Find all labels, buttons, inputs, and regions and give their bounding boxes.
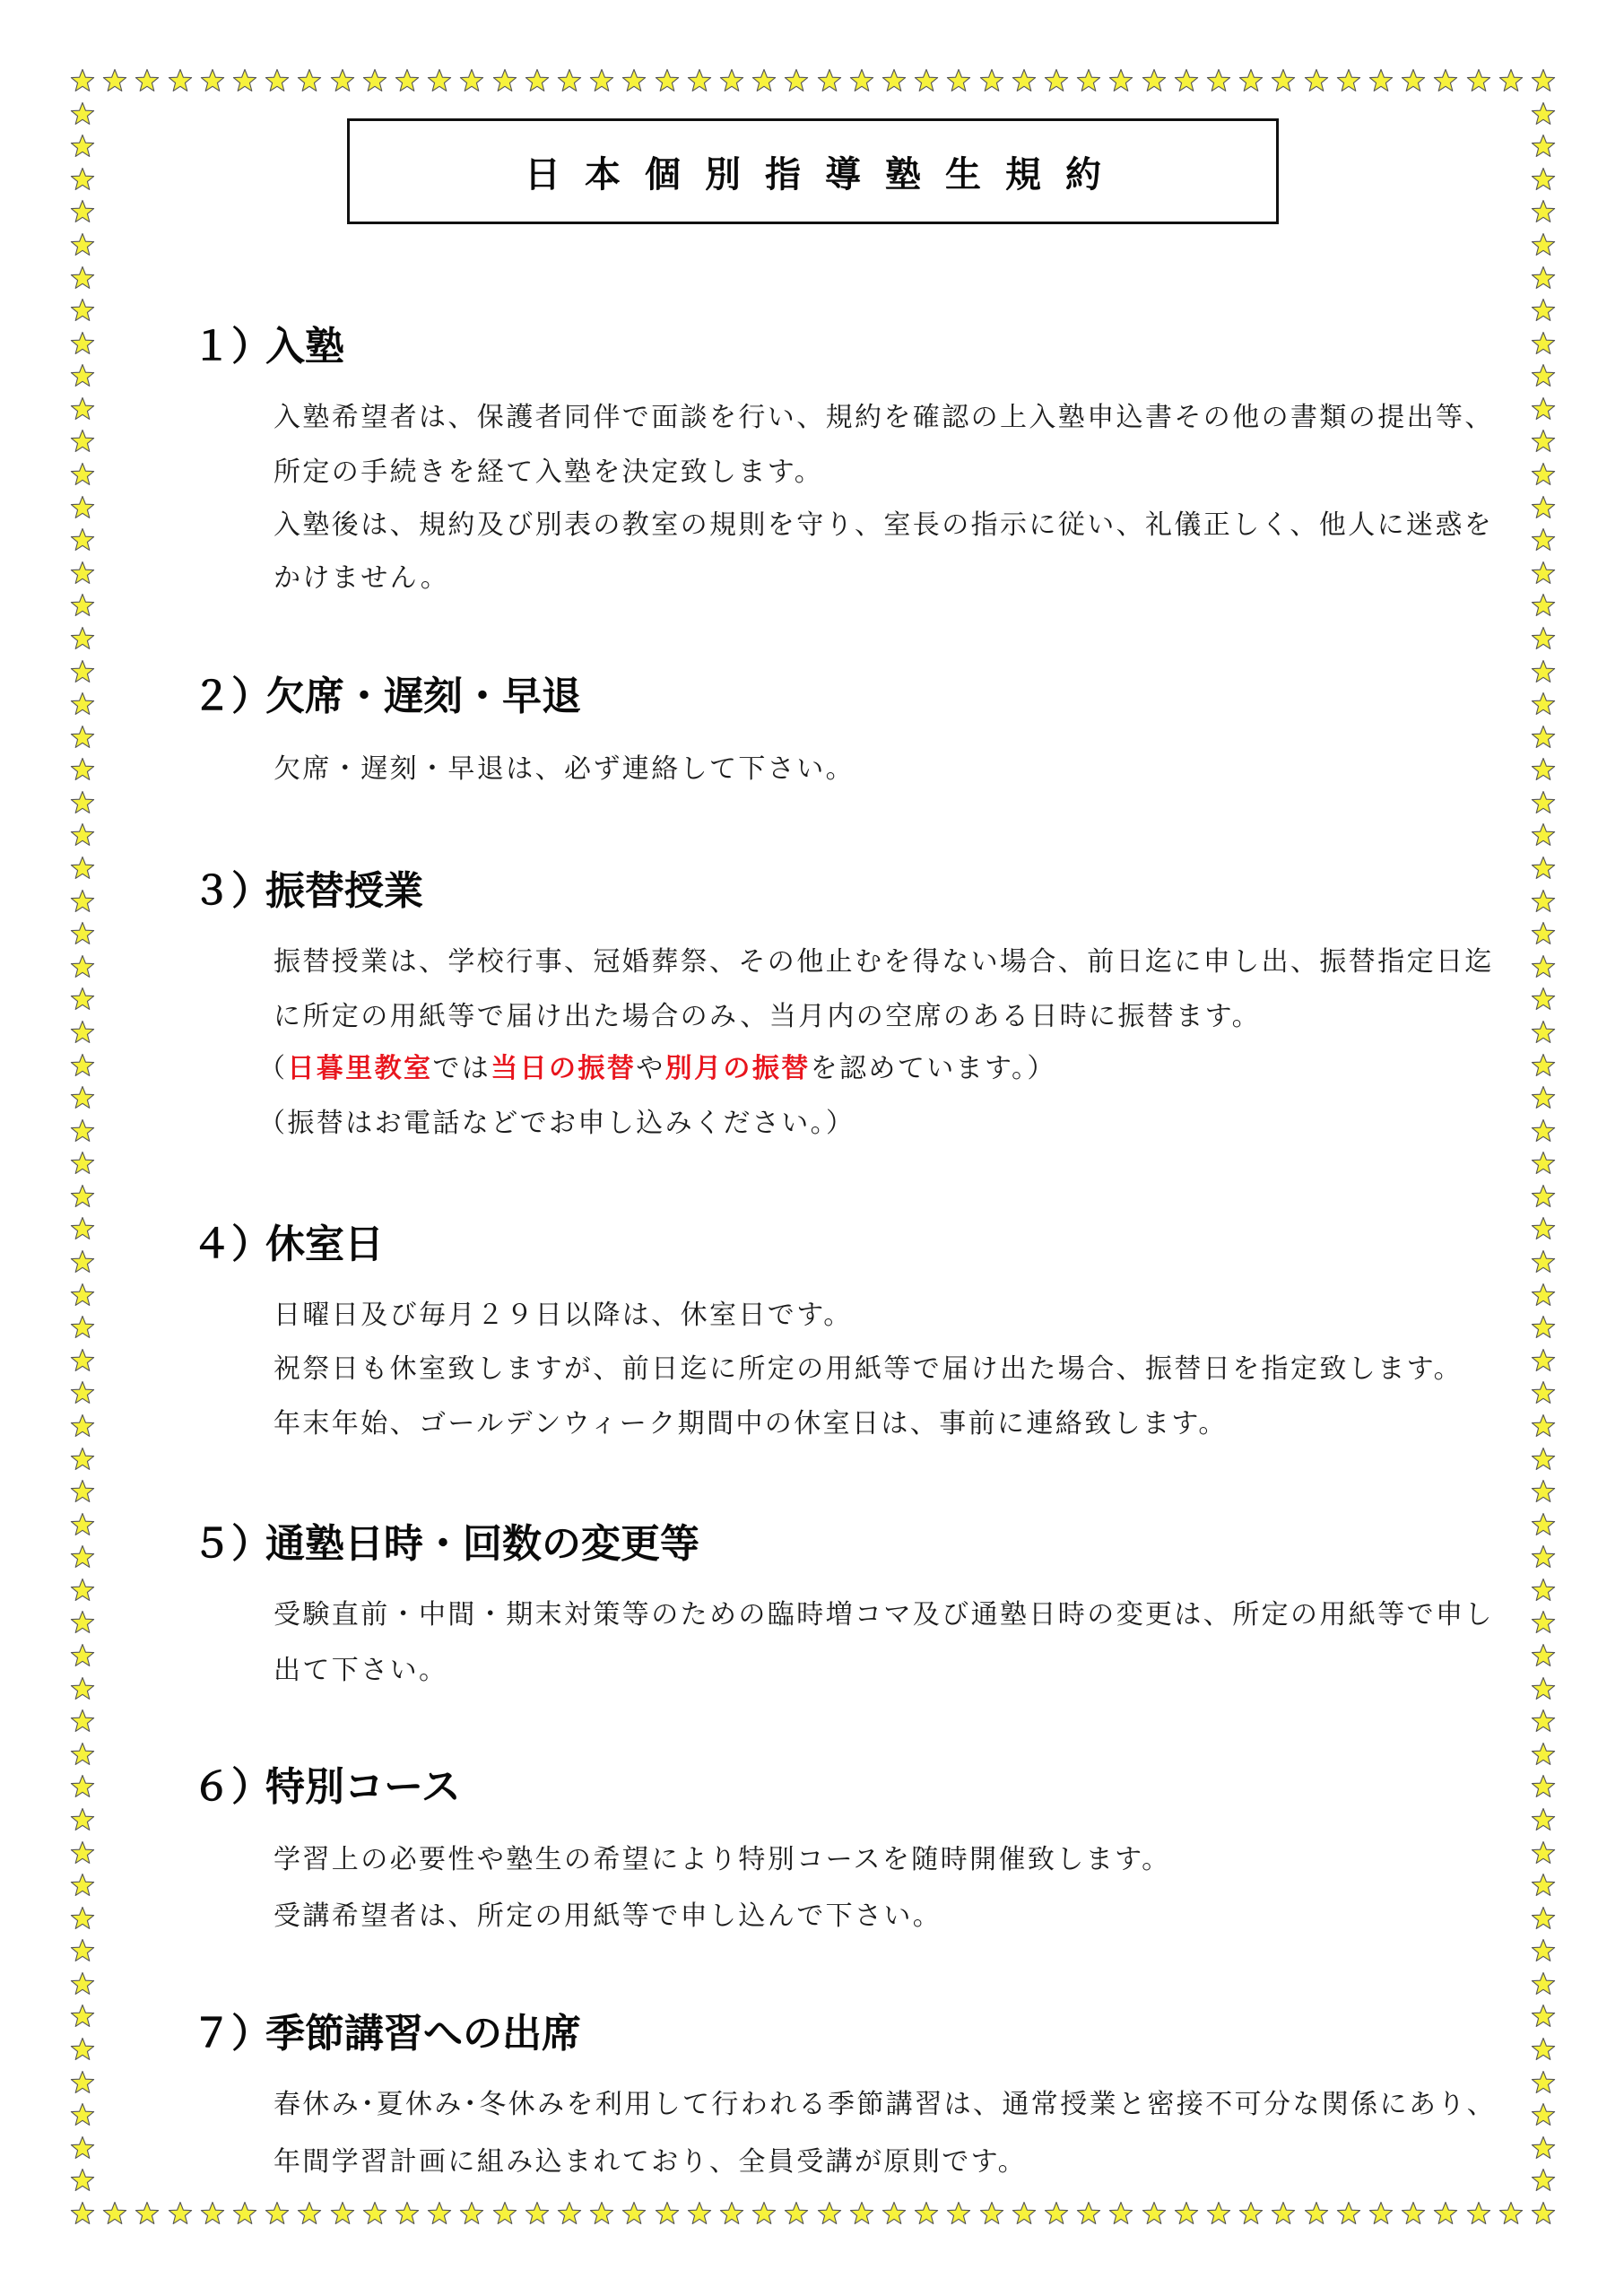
highlight-same-day-makeup: 当日の振替 bbox=[491, 1053, 636, 1084]
star-icon bbox=[70, 1807, 95, 1832]
star-icon bbox=[70, 2168, 95, 2193]
star-icon bbox=[914, 68, 939, 93]
star-icon bbox=[492, 2201, 517, 2226]
star-icon bbox=[946, 68, 971, 93]
star-icon bbox=[1531, 691, 1556, 717]
star-icon bbox=[1531, 889, 1556, 914]
star-icon bbox=[1531, 1151, 1556, 1176]
star-icon bbox=[525, 2201, 550, 2226]
star-icon bbox=[70, 1447, 95, 1472]
star-icon bbox=[1531, 1479, 1556, 1504]
star-icon bbox=[1531, 1906, 1556, 1931]
star-icon bbox=[232, 68, 257, 93]
star-icon bbox=[1174, 2201, 1199, 2226]
star-icon bbox=[1206, 68, 1231, 93]
star-icon bbox=[1531, 1020, 1556, 1045]
star-icon bbox=[70, 790, 95, 815]
star-icon bbox=[70, 757, 95, 782]
star-icon bbox=[979, 2201, 1004, 2226]
star-icon bbox=[70, 134, 95, 159]
star-icon bbox=[70, 1709, 95, 1734]
highlight-note-line: （日暮里教室では当日の振替や別月の振替を認めています。） bbox=[258, 1051, 1056, 1087]
star-icon bbox=[1531, 1676, 1556, 1701]
star-icon bbox=[70, 1742, 95, 1767]
star-icon bbox=[1466, 68, 1491, 93]
star-icon bbox=[330, 68, 355, 93]
star-icon bbox=[881, 2201, 907, 2226]
section-title: 季節講習への出席 bbox=[265, 2011, 581, 2057]
star-icon bbox=[1531, 462, 1556, 487]
highlight-nippori-classroom: 日暮里教室 bbox=[287, 1053, 432, 1084]
star-icon bbox=[1531, 1184, 1556, 1209]
star-icon bbox=[135, 2201, 160, 2226]
star-icon bbox=[70, 1906, 95, 1931]
star-icon bbox=[1498, 68, 1524, 93]
star-icon bbox=[1206, 2201, 1231, 2226]
star-icon bbox=[1531, 1774, 1556, 1799]
star-icon bbox=[1271, 2201, 1296, 2226]
star-icon bbox=[849, 68, 874, 93]
star-icon bbox=[70, 987, 95, 1012]
star-icon bbox=[979, 68, 1004, 93]
star-icon bbox=[1304, 68, 1329, 93]
star-icon bbox=[1044, 2201, 1069, 2226]
star-icon bbox=[427, 2201, 452, 2226]
star-icon bbox=[395, 2201, 420, 2226]
body-line: 受講希望者は、所定の用紙等で申し込んで下さい。 bbox=[274, 1899, 942, 1935]
star-icon bbox=[1271, 68, 1296, 93]
star-icon bbox=[70, 856, 95, 881]
star-icon bbox=[70, 68, 95, 93]
star-icon bbox=[70, 954, 95, 979]
star-icon bbox=[621, 68, 647, 93]
star-icon bbox=[1531, 2168, 1556, 2193]
star-icon bbox=[70, 2037, 95, 2062]
star-icon bbox=[70, 1643, 95, 1668]
section-title: 休室日 bbox=[265, 1222, 384, 1268]
star-icon bbox=[70, 1380, 95, 1405]
star-icon bbox=[70, 363, 95, 388]
note-text: （ bbox=[258, 1053, 287, 1084]
star-icon bbox=[135, 68, 160, 93]
star-icon bbox=[70, 396, 95, 422]
star-icon bbox=[1531, 1216, 1556, 1241]
star-icon bbox=[70, 1544, 95, 1570]
star-icon bbox=[265, 68, 290, 93]
star-icon bbox=[1531, 2102, 1556, 2127]
star-icon bbox=[1531, 593, 1556, 618]
star-icon bbox=[914, 2201, 939, 2226]
star-icon bbox=[589, 68, 614, 93]
body-line: 年末年始、ゴールデンウィーク期間中の休室日は、事前に連絡致します。 bbox=[274, 1406, 1228, 1442]
star-icon bbox=[525, 68, 550, 93]
star-icon bbox=[1531, 1610, 1556, 1635]
star-icon bbox=[1531, 1873, 1556, 1898]
star-icon bbox=[1531, 495, 1556, 520]
star-icon bbox=[200, 2201, 225, 2226]
star-icon bbox=[1531, 396, 1556, 422]
star-icon bbox=[1531, 331, 1556, 356]
section-heading-seasonal-courses: ７） 季節講習への出席 bbox=[192, 2011, 581, 2057]
star-icon bbox=[1531, 232, 1556, 257]
star-icon bbox=[70, 691, 95, 717]
star-icon bbox=[70, 1938, 95, 1963]
star-icon bbox=[1531, 626, 1556, 651]
star-icon bbox=[1142, 68, 1167, 93]
star-icon bbox=[1531, 167, 1556, 192]
star-icon bbox=[70, 921, 95, 946]
star-icon bbox=[1531, 1578, 1556, 1603]
star-icon bbox=[1531, 822, 1556, 848]
star-icon bbox=[1174, 68, 1199, 93]
star-icon bbox=[1238, 68, 1264, 93]
star-icon bbox=[1531, 790, 1556, 815]
star-icon bbox=[459, 68, 484, 93]
star-icon bbox=[1012, 2201, 1037, 2226]
body-line: かけません。 bbox=[274, 561, 449, 596]
document-title: 日本個別指導塾生規約 bbox=[525, 146, 1125, 197]
star-icon bbox=[70, 1610, 95, 1635]
star-icon bbox=[719, 2201, 744, 2226]
star-icon bbox=[1531, 298, 1556, 323]
star-icon bbox=[1238, 2201, 1264, 2226]
section-title: 振替授業 bbox=[265, 868, 423, 915]
star-icon bbox=[719, 68, 744, 93]
star-icon bbox=[784, 68, 809, 93]
star-icon bbox=[1531, 2070, 1556, 2095]
star-icon bbox=[557, 2201, 582, 2226]
star-icon bbox=[395, 68, 420, 93]
body-line: 学習上の必要性や塾生の希望により特別コースを随時開催致します。 bbox=[274, 1842, 1171, 1878]
star-icon bbox=[849, 2201, 874, 2226]
star-icon bbox=[1531, 1348, 1556, 1373]
star-icon bbox=[1433, 68, 1458, 93]
body-line: 受験直前・中間・期末対策等のための臨時増コマ及び通塾日時の変更は、所定の用紙等で… bbox=[274, 1597, 1494, 1633]
star-icon bbox=[1531, 1053, 1556, 1078]
star-icon bbox=[70, 1578, 95, 1603]
star-icon bbox=[70, 1873, 95, 1898]
star-icon bbox=[362, 2201, 387, 2226]
star-icon bbox=[427, 68, 452, 93]
star-icon bbox=[200, 68, 225, 93]
star-icon bbox=[70, 2004, 95, 2029]
star-icon bbox=[70, 199, 95, 224]
star-icon bbox=[70, 1118, 95, 1144]
star-icon bbox=[621, 2201, 647, 2226]
star-icon bbox=[1531, 1315, 1556, 1340]
section-number: ３） bbox=[192, 868, 265, 915]
star-icon bbox=[70, 1249, 95, 1274]
star-icon bbox=[70, 1151, 95, 1176]
star-icon bbox=[1531, 856, 1556, 881]
star-icon bbox=[70, 298, 95, 323]
note-text: では bbox=[432, 1053, 491, 1084]
star-icon bbox=[70, 1676, 95, 1701]
star-icon bbox=[70, 232, 95, 257]
star-icon bbox=[265, 2201, 290, 2226]
star-icon bbox=[70, 626, 95, 651]
star-icon bbox=[70, 1840, 95, 1865]
star-icon bbox=[1336, 2201, 1361, 2226]
star-icon bbox=[1531, 2037, 1556, 2062]
star-icon bbox=[1076, 68, 1101, 93]
body-line: 入塾後は、規約及び別表の教室の規則を守り、室長の指示に従い、礼儀正しく、他人に迷… bbox=[274, 508, 1493, 544]
section-title: 欠席・遅刻・早退 bbox=[265, 674, 581, 720]
section-number: ４） bbox=[192, 1222, 265, 1268]
body-line: 祝祭日も休室致しますが、前日迄に所定の用紙等で届け出た場合、振替日を指定致します… bbox=[274, 1352, 1463, 1387]
highlight-other-month-makeup: 別月の振替 bbox=[665, 1053, 811, 1084]
star-icon bbox=[1076, 2201, 1101, 2226]
star-icon bbox=[70, 1216, 95, 1241]
star-icon bbox=[751, 68, 777, 93]
star-icon bbox=[70, 1413, 95, 1439]
star-icon bbox=[70, 725, 95, 750]
star-icon bbox=[1531, 1742, 1556, 1767]
star-icon bbox=[1531, 1938, 1556, 1963]
star-icon bbox=[817, 68, 842, 93]
star-icon bbox=[1531, 659, 1556, 684]
star-icon bbox=[1368, 68, 1394, 93]
star-icon bbox=[1336, 68, 1361, 93]
star-icon bbox=[70, 331, 95, 356]
star-icon bbox=[297, 68, 322, 93]
star-icon bbox=[297, 2201, 322, 2226]
section-number: ５） bbox=[192, 1521, 265, 1568]
star-icon bbox=[1531, 199, 1556, 224]
star-icon bbox=[70, 429, 95, 454]
section-heading-makeup-lessons: ３） 振替授業 bbox=[192, 868, 423, 915]
star-icon bbox=[1531, 1118, 1556, 1144]
star-icon bbox=[1531, 1380, 1556, 1405]
star-icon bbox=[557, 68, 582, 93]
star-icon bbox=[70, 2201, 95, 2226]
star-icon bbox=[70, 561, 95, 586]
star-icon bbox=[655, 2201, 680, 2226]
star-icon bbox=[1531, 1709, 1556, 1734]
note-text: を認めています。） bbox=[811, 1053, 1056, 1084]
star-icon bbox=[1531, 954, 1556, 979]
star-icon bbox=[1368, 2201, 1394, 2226]
star-icon bbox=[1531, 363, 1556, 388]
star-icon bbox=[1401, 2201, 1426, 2226]
star-icon bbox=[1433, 2201, 1458, 2226]
note-text: や bbox=[636, 1053, 664, 1084]
section-number: ７） bbox=[192, 2011, 265, 2057]
star-icon bbox=[817, 2201, 842, 2226]
body-line: 振替授業は、学校行事、冠婚葬祭、その他止むを得ない場合、前日迄に申し出、振替指定… bbox=[274, 944, 1494, 980]
body-line: 出て下さい。 bbox=[274, 1653, 447, 1689]
star-icon bbox=[70, 2135, 95, 2161]
star-icon bbox=[1531, 921, 1556, 946]
star-icon bbox=[1044, 68, 1069, 93]
star-icon bbox=[70, 1184, 95, 1209]
star-icon bbox=[1531, 561, 1556, 586]
section-heading-special-courses: ６） 特別コース bbox=[192, 1764, 461, 1811]
star-icon bbox=[687, 68, 712, 93]
star-icon bbox=[1401, 68, 1426, 93]
star-icon bbox=[70, 265, 95, 291]
star-icon bbox=[1531, 1840, 1556, 1865]
section-heading-enrollment: １） 入塾 bbox=[192, 324, 344, 370]
star-icon bbox=[70, 1348, 95, 1373]
body-line: 春休み･夏休み･冬休みを利用して行われる季節講習は、通常授業と密接不可分な関係に… bbox=[274, 2087, 1496, 2123]
star-icon bbox=[1304, 2201, 1329, 2226]
star-icon bbox=[1531, 1283, 1556, 1308]
star-icon bbox=[1531, 2135, 1556, 2161]
star-icon bbox=[1531, 1807, 1556, 1832]
star-icon bbox=[70, 1971, 95, 1996]
star-icon bbox=[70, 1283, 95, 1308]
star-icon bbox=[1531, 1544, 1556, 1570]
star-icon bbox=[70, 1053, 95, 1078]
star-icon bbox=[1531, 1085, 1556, 1110]
document-page: 日本個別指導塾生規約 １） 入塾 入塾希望者は、保護者同伴で面談を行い、規約を確… bbox=[0, 0, 1624, 2296]
star-icon bbox=[232, 2201, 257, 2226]
star-icon bbox=[70, 1020, 95, 1045]
star-icon bbox=[1531, 987, 1556, 1012]
star-icon bbox=[330, 2201, 355, 2226]
star-icon bbox=[102, 68, 127, 93]
star-icon bbox=[70, 527, 95, 552]
star-icon bbox=[1531, 1249, 1556, 1274]
star-icon bbox=[70, 822, 95, 848]
star-icon bbox=[168, 68, 193, 93]
star-icon bbox=[362, 68, 387, 93]
star-icon bbox=[1531, 101, 1556, 126]
body-line: 日曜日及び毎月２９日以降は、休室日です。 bbox=[274, 1298, 853, 1334]
star-icon bbox=[70, 1315, 95, 1340]
phone-note-line: （振替はお電話などでお申し込みください。） bbox=[258, 1106, 855, 1142]
star-icon bbox=[1531, 1512, 1556, 1537]
star-icon bbox=[1012, 68, 1037, 93]
section-heading-schedule-changes: ５） 通塾日時・回数の変更等 bbox=[192, 1521, 699, 1568]
star-icon bbox=[70, 889, 95, 914]
star-icon bbox=[1531, 757, 1556, 782]
star-icon bbox=[1531, 725, 1556, 750]
body-line: 年間学習計画に組み込まれており、全員受講が原則です。 bbox=[274, 2144, 1027, 2180]
star-icon bbox=[70, 167, 95, 192]
star-icon bbox=[1108, 2201, 1133, 2226]
star-icon bbox=[1531, 68, 1556, 93]
star-icon bbox=[1531, 1971, 1556, 1996]
star-icon bbox=[70, 1479, 95, 1504]
star-icon bbox=[1531, 2004, 1556, 2029]
star-icon bbox=[946, 2201, 971, 2226]
star-icon bbox=[70, 462, 95, 487]
star-icon bbox=[70, 101, 95, 126]
star-icon bbox=[70, 2102, 95, 2127]
star-icon bbox=[589, 2201, 614, 2226]
star-icon bbox=[1531, 1413, 1556, 1439]
star-icon bbox=[1531, 2201, 1556, 2226]
star-icon bbox=[655, 68, 680, 93]
star-icon bbox=[70, 593, 95, 618]
star-icon bbox=[1531, 1447, 1556, 1472]
star-icon bbox=[1531, 527, 1556, 552]
star-icon bbox=[687, 2201, 712, 2226]
star-icon bbox=[1531, 1643, 1556, 1668]
star-icon bbox=[459, 2201, 484, 2226]
star-icon bbox=[881, 68, 907, 93]
section-title: 入塾 bbox=[265, 324, 344, 370]
section-number: ２） bbox=[192, 674, 265, 720]
body-line: 所定の手続きを経て入塾を決定致します。 bbox=[274, 455, 823, 491]
title-box: 日本個別指導塾生規約 bbox=[347, 118, 1279, 224]
star-icon bbox=[784, 2201, 809, 2226]
star-icon bbox=[492, 68, 517, 93]
body-line: 欠席・遅刻・早退は、必ず連絡して下さい。 bbox=[274, 752, 855, 787]
star-icon bbox=[1531, 134, 1556, 159]
section-heading-closed-days: ４） 休室日 bbox=[192, 1222, 384, 1268]
section-number: ６） bbox=[192, 1764, 265, 1811]
star-icon bbox=[1142, 2201, 1167, 2226]
section-heading-absence: ２） 欠席・遅刻・早退 bbox=[192, 674, 581, 720]
body-line: に所定の用紙等で届け出た場合のみ、当月内の空席のある日時に振替ます。 bbox=[274, 999, 1261, 1035]
section-title: 特別コース bbox=[265, 1764, 461, 1811]
star-icon bbox=[70, 2070, 95, 2095]
star-icon bbox=[1108, 68, 1133, 93]
section-number: １） bbox=[192, 324, 265, 370]
star-icon bbox=[70, 1774, 95, 1799]
star-icon bbox=[1531, 429, 1556, 454]
body-line: 入塾希望者は、保護者同伴で面談を行い、規約を確認の上入塾申込書その他の書類の提出… bbox=[274, 400, 1494, 436]
star-icon bbox=[102, 2201, 127, 2226]
star-icon bbox=[70, 659, 95, 684]
star-icon bbox=[70, 1512, 95, 1537]
section-title: 通塾日時・回数の変更等 bbox=[265, 1521, 699, 1568]
star-icon bbox=[1466, 2201, 1491, 2226]
star-icon bbox=[168, 2201, 193, 2226]
star-icon bbox=[70, 1085, 95, 1110]
star-icon bbox=[70, 495, 95, 520]
star-icon bbox=[751, 2201, 777, 2226]
star-icon bbox=[1531, 265, 1556, 291]
star-icon bbox=[1498, 2201, 1524, 2226]
